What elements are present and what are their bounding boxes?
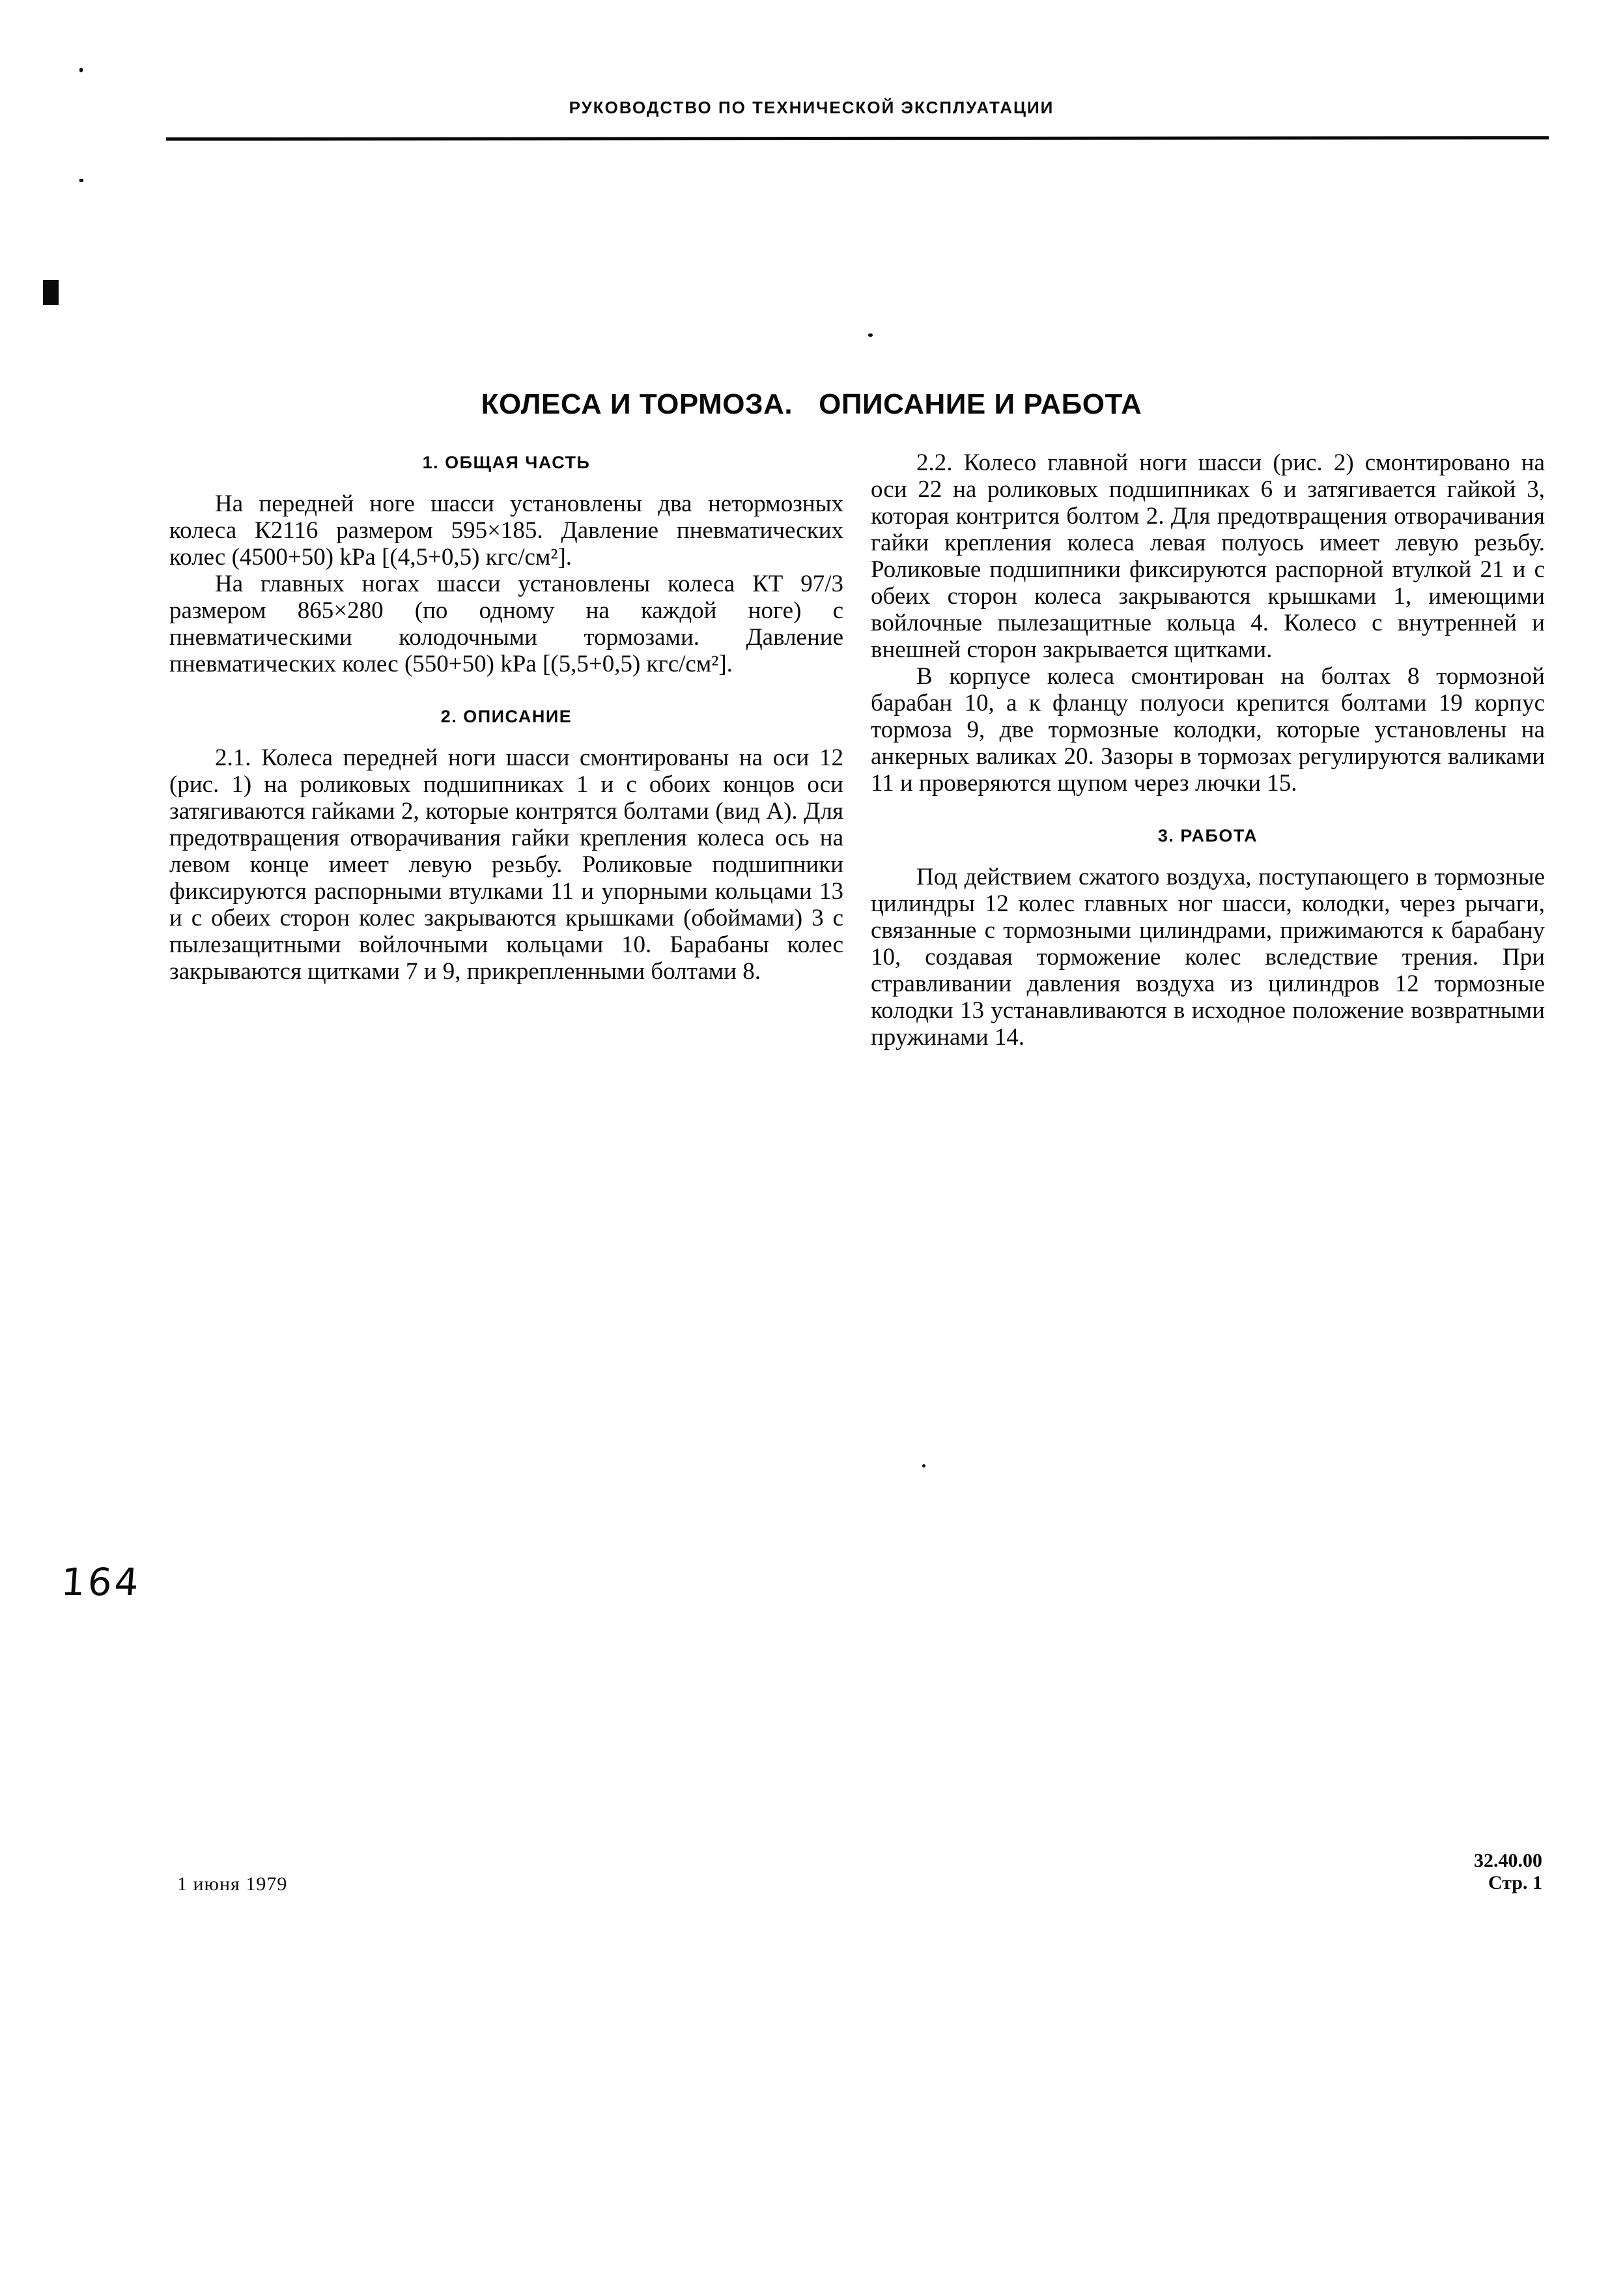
scan-speck: [79, 68, 83, 72]
right-column: 2.2. Колесо главной ноги шасси (рис. 2) …: [871, 449, 1545, 1051]
paragraph: 2.1. Колеса передней ноги шасси смонтиро…: [169, 744, 843, 985]
document-code: 32.40.00: [1400, 1850, 1542, 1872]
page-title-part2: ОПИСАНИЕ И РАБОТА: [819, 388, 1142, 420]
running-header: РУКОВОДСТВО ПО ТЕХНИЧЕСКОЙ ЭКСПЛУАТАЦИИ: [0, 98, 1623, 118]
left-column: 1. ОБЩАЯ ЧАСТЬ На передней ноге шасси ус…: [169, 449, 843, 985]
scan-speck: [868, 333, 873, 337]
footer-code-block: 32.40.00 Стр. 1: [1400, 1850, 1542, 1894]
page-title: КОЛЕСА И ТОРМОЗА.ОПИСАНИЕ И РАБОТА: [0, 388, 1623, 421]
page-number: Стр. 1: [1400, 1872, 1542, 1894]
paragraph: В корпусе колеса смонтирован на болтах 8…: [871, 663, 1545, 797]
paragraph: 2.2. Колесо главной ноги шасси (рис. 2) …: [871, 449, 1545, 663]
paragraph: На главных ногах шасси установлены колес…: [169, 571, 843, 677]
section-heading-general: 1. ОБЩАЯ ЧАСТЬ: [169, 449, 843, 476]
scan-margin-bar: [43, 280, 59, 305]
header-rule: [166, 136, 1549, 141]
footer-date: 1 июня 1979: [177, 1873, 287, 1895]
paragraph: На передней ноге шасси установлены два н…: [169, 490, 843, 571]
page-title-part1: КОЛЕСА И ТОРМОЗА.: [481, 388, 793, 420]
scan-speck: [922, 1464, 925, 1467]
section-heading-operation: 3. РАБОТА: [871, 823, 1545, 849]
scan-speck: [79, 179, 83, 182]
paragraph: Под действием сжатого воздуха, поступающ…: [871, 864, 1545, 1051]
running-header-text: РУКОВОДСТВО ПО ТЕХНИЧЕСКОЙ ЭКСПЛУАТАЦИИ: [569, 98, 1054, 118]
handwritten-page-number: 164: [60, 1560, 143, 1604]
section-heading-description: 2. ОПИСАНИЕ: [169, 703, 843, 730]
